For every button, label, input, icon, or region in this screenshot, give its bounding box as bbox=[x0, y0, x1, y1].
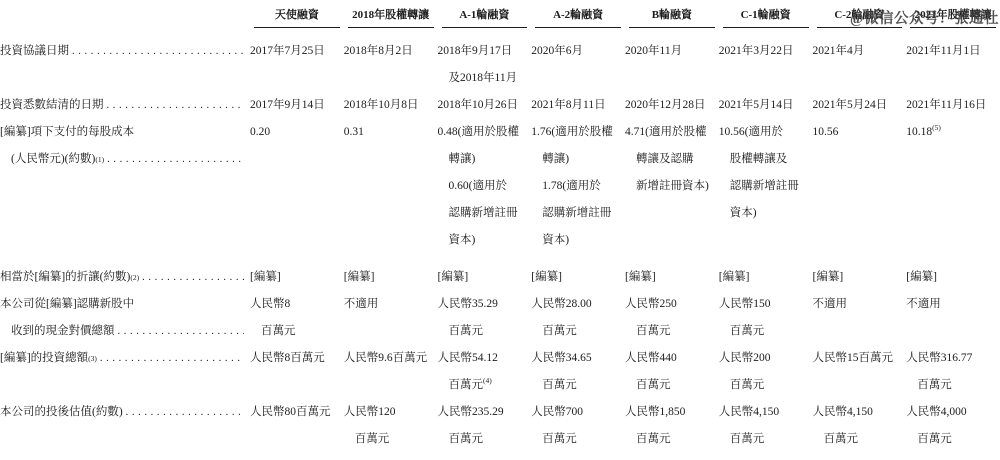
table-cell-a1-round: 人民幣235.29百萬元 bbox=[438, 399, 532, 453]
watermark: @微信公众号：张通社 bbox=[850, 7, 999, 28]
table-cell-2018-share-transfer: [編纂] bbox=[344, 264, 438, 291]
column-header-label: 天使融資 bbox=[254, 6, 340, 28]
cell-text: 認購新增註冊 bbox=[449, 207, 518, 219]
cell-line: 轉讓) bbox=[531, 146, 621, 173]
cell-text: 人民幣54.12 bbox=[438, 352, 498, 364]
cell-line: [編纂] bbox=[906, 264, 996, 291]
dot-leader bbox=[100, 345, 244, 372]
table-cell-2018-share-transfer: 2018年8月2日 bbox=[344, 38, 438, 92]
column-header-label: C-1輪融資 bbox=[723, 6, 809, 28]
table-cell-c2-round: [編纂] bbox=[813, 264, 907, 291]
cell-line: 人民幣4,150 bbox=[719, 399, 809, 426]
table-cell-2021-share-transfer: 2021年11月1日 bbox=[906, 38, 1000, 92]
table-cell-b-round: 人民幣1,850百萬元 bbox=[625, 399, 719, 453]
row-label: [編纂]項下支付的每股成本(人民幣元)(約數)(1) bbox=[0, 119, 250, 254]
cell-line: 10.56 bbox=[813, 119, 903, 146]
column-header-label: A-1輪融資 bbox=[442, 6, 528, 28]
cell-line: 2018年8月2日 bbox=[344, 38, 434, 65]
cell-line: 百萬元 bbox=[531, 318, 621, 345]
cell-line: 人民幣28.00 bbox=[531, 291, 621, 318]
cell-text: [編纂] bbox=[438, 271, 469, 283]
column-header-label: B輪融資 bbox=[629, 6, 715, 28]
row-label-line: 收到的現金對價總額 bbox=[0, 318, 244, 345]
cell-text: 百萬元 bbox=[449, 379, 484, 391]
cell-line: 轉讓及認購 bbox=[625, 146, 715, 173]
cell-text: 人民幣34.65 bbox=[531, 352, 591, 364]
cell-line: 百萬元 bbox=[813, 426, 903, 453]
column-header-angel-round: 天使融資 bbox=[250, 6, 344, 28]
cell-text: 2021年3月22日 bbox=[719, 45, 794, 57]
cell-text: 人民幣8百萬元 bbox=[250, 352, 325, 364]
table-cell-a2-round: 人民幣700百萬元 bbox=[531, 399, 625, 453]
cell-line: 2017年7月25日 bbox=[250, 38, 340, 65]
row-label-line: 本公司的投後估值(約數) bbox=[0, 399, 244, 426]
dot-leader bbox=[107, 92, 245, 119]
table-cell-a2-round: 人民幣28.00百萬元 bbox=[531, 291, 625, 345]
cell-text: 人民幣80百萬元 bbox=[250, 406, 331, 418]
row-label-line: 相當於[編纂]的折讓(約數)(2) bbox=[0, 264, 244, 291]
cell-line: 人民幣250 bbox=[625, 291, 715, 318]
table-cell-angel-round: 2017年9月14日 bbox=[250, 92, 344, 119]
row-label-line: 投資協議日期 bbox=[0, 38, 244, 65]
row-label: 本公司的投後估值(約數) bbox=[0, 399, 250, 453]
cell-line: 0.48(適用於股權 bbox=[438, 119, 528, 146]
cell-line: 4.71(適用於股權 bbox=[625, 119, 715, 146]
row-label-text: 投資協議日期 bbox=[0, 38, 69, 65]
cell-line: 人民幣1,850 bbox=[625, 399, 715, 426]
table-cell-2018-share-transfer: 不適用 bbox=[344, 291, 438, 345]
cell-line: 百萬元 bbox=[531, 426, 621, 453]
header-spacer bbox=[0, 6, 250, 28]
row-label: 本公司從[編纂]認購新股中收到的現金對價總額 bbox=[0, 291, 250, 345]
table-cell-2018-share-transfer: 2018年10月8日 bbox=[344, 92, 438, 119]
cell-text: 0.60(適用於 bbox=[449, 180, 507, 192]
cell-text: 百萬元 bbox=[730, 325, 765, 337]
cell-line: 資本) bbox=[438, 227, 528, 254]
table-cell-c2-round: 2021年5月24日 bbox=[813, 92, 907, 119]
cell-line: 認購新增註冊 bbox=[531, 200, 621, 227]
cell-text: 百萬元 bbox=[542, 433, 577, 445]
cell-text: 1.76(適用於股權 bbox=[531, 126, 612, 138]
cell-text: 轉讓及認購 bbox=[636, 153, 694, 165]
cell-text: 2020年12月28日 bbox=[625, 99, 706, 111]
cell-line: 人民幣15百萬元 bbox=[813, 345, 903, 372]
row-label: [編纂]的投資總額(3) bbox=[0, 345, 250, 399]
cell-line: 人民幣80百萬元 bbox=[250, 399, 340, 426]
row-label-line: [編纂]的投資總額(3) bbox=[0, 345, 244, 372]
cell-text: 2021年5月14日 bbox=[719, 99, 794, 111]
column-header-label: A-2輪融資 bbox=[535, 6, 621, 28]
table-cell-c2-round: 人民幣15百萬元 bbox=[813, 345, 907, 399]
table-cell-a1-round: 2018年9月17日及2018年11月 bbox=[438, 38, 532, 92]
cell-line: 人民幣54.12 bbox=[438, 345, 528, 372]
table-cell-c2-round: 不適用 bbox=[813, 291, 907, 345]
cell-text: 轉讓) bbox=[449, 153, 476, 165]
cell-line: 百萬元 bbox=[719, 372, 809, 399]
dot-leader bbox=[107, 146, 244, 173]
cell-line: [編纂] bbox=[531, 264, 621, 291]
cell-line: 不適用 bbox=[906, 291, 996, 318]
cell-text: 人民幣316.77 bbox=[906, 352, 972, 364]
column-header-b-round: B輪融資 bbox=[625, 6, 719, 28]
cell-line: 2021年4月 bbox=[813, 38, 903, 65]
table-cell-c2-round: 2021年4月 bbox=[813, 38, 907, 92]
table-cell-a2-round: [編纂] bbox=[531, 264, 625, 291]
dot-leader bbox=[126, 399, 244, 426]
cell-text: 不適用 bbox=[344, 298, 379, 310]
cell-line: 不適用 bbox=[813, 291, 903, 318]
column-header-label: 2018年股權轉讓 bbox=[348, 6, 434, 28]
cell-text: 百萬元 bbox=[542, 325, 577, 337]
table-cell-angel-round: 人民幣8百萬元 bbox=[250, 345, 344, 399]
dot-leader bbox=[142, 264, 244, 291]
cell-text: 人民幣8 bbox=[250, 298, 290, 310]
row-label-line: 投資悉數結清的日期 bbox=[0, 92, 244, 119]
cell-line: 認購新增註冊 bbox=[719, 173, 809, 200]
cell-text: 資本) bbox=[730, 207, 757, 219]
cell-text: 2021年11月1日 bbox=[906, 45, 980, 57]
table-cell-b-round: 人民幣250百萬元 bbox=[625, 291, 719, 345]
cell-text: 人民幣700 bbox=[531, 406, 583, 418]
cell-text: 百萬元 bbox=[636, 433, 671, 445]
cell-text: 2020年6月 bbox=[531, 45, 583, 57]
cell-line: 2020年11月 bbox=[625, 38, 715, 65]
table-body: 投資協議日期2017年7月25日2018年8月2日2018年9月17日及2018… bbox=[0, 28, 1000, 453]
cell-line: 人民幣35.29 bbox=[438, 291, 528, 318]
table-cell-2018-share-transfer: 0.31 bbox=[344, 119, 438, 254]
cell-line: 及2018年11月 bbox=[438, 65, 528, 92]
cell-text: 2021年4月 bbox=[813, 45, 865, 57]
cell-line: [編纂] bbox=[344, 264, 434, 291]
cell-text: 百萬元 bbox=[542, 379, 577, 391]
cell-line: 人民幣34.65 bbox=[531, 345, 621, 372]
cell-text: 不適用 bbox=[906, 298, 941, 310]
table-cell-c2-round: 10.56 bbox=[813, 119, 907, 254]
cell-line: 新增註冊資本) bbox=[625, 173, 715, 200]
cell-line: 人民幣200 bbox=[719, 345, 809, 372]
table-cell-b-round: [編纂] bbox=[625, 264, 719, 291]
row-label-text: [編纂]項下支付的每股成本 bbox=[0, 119, 134, 146]
cell-text: 2020年11月 bbox=[625, 45, 682, 57]
cell-line: 資本) bbox=[719, 200, 809, 227]
cell-line: 0.31 bbox=[344, 119, 434, 146]
cell-text: 2021年11月16日 bbox=[906, 99, 986, 111]
cell-text: 人民幣28.00 bbox=[531, 298, 591, 310]
cell-text: 2017年9月14日 bbox=[250, 99, 325, 111]
row-label-line: [編纂]項下支付的每股成本 bbox=[0, 119, 244, 146]
cell-text: 人民幣15百萬元 bbox=[813, 352, 894, 364]
cell-text: 資本) bbox=[542, 234, 569, 246]
cell-line: [編纂] bbox=[813, 264, 903, 291]
cell-line: 百萬元 bbox=[625, 318, 715, 345]
table-cell-angel-round: 0.20 bbox=[250, 119, 344, 254]
cell-text: 2018年10月8日 bbox=[344, 99, 419, 111]
table-cell-b-round: 2020年12月28日 bbox=[625, 92, 719, 119]
table-cell-c1-round: 2021年5月14日 bbox=[719, 92, 813, 119]
cell-text: 1.78(適用於 bbox=[542, 180, 600, 192]
cell-line: 人民幣235.29 bbox=[438, 399, 528, 426]
footnote-marker: (4) bbox=[483, 376, 492, 385]
table-cell-angel-round: 人民幣80百萬元 bbox=[250, 399, 344, 453]
cell-line: [編纂] bbox=[438, 264, 528, 291]
cell-text: 人民幣250 bbox=[625, 298, 677, 310]
table-cell-a1-round: 人民幣54.12百萬元(4) bbox=[438, 345, 532, 399]
cell-text: 百萬元 bbox=[261, 325, 296, 337]
table-row-discount-to-offer-price: 相當於[編纂]的折讓(約數)(2)[編纂][編纂][編纂][編纂][編纂][編纂… bbox=[0, 264, 1000, 291]
table-cell-a2-round: 2021年8月11日 bbox=[531, 92, 625, 119]
cell-text: 轉讓) bbox=[542, 153, 569, 165]
cell-line: 百萬元 bbox=[906, 372, 996, 399]
table-cell-c1-round: 人民幣4,150百萬元 bbox=[719, 399, 813, 453]
cell-line: 百萬元(4) bbox=[438, 372, 528, 399]
row-label-text: 投資悉數結清的日期 bbox=[0, 92, 104, 119]
cell-line: 0.60(適用於 bbox=[438, 173, 528, 200]
table-cell-c2-round: 人民幣4,150百萬元 bbox=[813, 399, 907, 453]
cell-line: 人民幣9.6百萬元 bbox=[344, 345, 434, 372]
cell-text: 百萬元 bbox=[636, 379, 671, 391]
cell-line: 百萬元 bbox=[719, 426, 809, 453]
cell-line: 人民幣120 bbox=[344, 399, 434, 426]
cell-line: [編纂] bbox=[719, 264, 809, 291]
cell-line: 人民幣4,000 bbox=[906, 399, 996, 426]
cell-line: 百萬元 bbox=[344, 426, 434, 453]
table-cell-2021-share-transfer: 人民幣316.77百萬元 bbox=[906, 345, 1000, 399]
cell-text: 0.31 bbox=[344, 126, 364, 138]
cell-line: 1.76(適用於股權 bbox=[531, 119, 621, 146]
row-label-text: 相當於[編纂]的折讓(約數) bbox=[0, 264, 130, 291]
cell-text: 4.71(適用於股權 bbox=[625, 126, 706, 138]
cell-text: 人民幣440 bbox=[625, 352, 677, 364]
cell-line: 2021年11月16日 bbox=[906, 92, 996, 119]
cell-text: 股權轉讓及 bbox=[730, 153, 788, 165]
cell-text: 百萬元 bbox=[449, 325, 484, 337]
table-cell-2021-share-transfer: [編纂] bbox=[906, 264, 1000, 291]
cell-text: 百萬元 bbox=[917, 379, 952, 391]
cell-text: 2017年7月25日 bbox=[250, 45, 325, 57]
cell-line: 2021年5月24日 bbox=[813, 92, 903, 119]
table-cell-a1-round: 人民幣35.29百萬元 bbox=[438, 291, 532, 345]
table-cell-angel-round: 人民幣8百萬元 bbox=[250, 291, 344, 345]
row-label-text: (人民幣元)(約數) bbox=[11, 146, 95, 173]
cell-text: [編纂] bbox=[344, 271, 375, 283]
cell-line: 2020年12月28日 bbox=[625, 92, 715, 119]
cell-text: 人民幣35.29 bbox=[438, 298, 498, 310]
cell-text: [編纂] bbox=[531, 271, 562, 283]
cell-text: [編纂] bbox=[906, 271, 937, 283]
cell-text: 認購新增註冊 bbox=[542, 207, 611, 219]
table-row-investment-agreement-date: 投資協議日期2017年7月25日2018年8月2日2018年9月17日及2018… bbox=[0, 38, 1000, 92]
table-cell-2021-share-transfer: 不適用 bbox=[906, 291, 1000, 345]
cell-text: [編纂] bbox=[625, 271, 656, 283]
cell-text: 百萬元 bbox=[355, 433, 390, 445]
cell-line: 認購新增註冊 bbox=[438, 200, 528, 227]
cell-text: [編纂] bbox=[250, 271, 281, 283]
table-row-cash-consideration-received: 本公司從[編纂]認購新股中收到的現金對價總額人民幣8百萬元不適用人民幣35.29… bbox=[0, 291, 1000, 345]
cell-line: 股權轉讓及 bbox=[719, 146, 809, 173]
column-header-a1-round: A-1輪融資 bbox=[438, 6, 532, 28]
table-cell-b-round: 4.71(適用於股權轉讓及認購新增註冊資本) bbox=[625, 119, 719, 254]
cell-line: 2021年11月1日 bbox=[906, 38, 996, 65]
cell-line: 百萬元 bbox=[250, 318, 340, 345]
cell-line: 10.56(適用於 bbox=[719, 119, 809, 146]
table-cell-a2-round: 2020年6月 bbox=[531, 38, 625, 92]
cell-line: 資本) bbox=[531, 227, 621, 254]
cell-text: 人民幣200 bbox=[719, 352, 771, 364]
cell-text: 百萬元 bbox=[730, 433, 765, 445]
cell-text: 0.20 bbox=[250, 126, 270, 138]
cell-text: 10.18 bbox=[906, 126, 932, 138]
row-label: 投資協議日期 bbox=[0, 38, 250, 92]
cell-text: 人民幣4,150 bbox=[813, 406, 873, 418]
cell-text: 不適用 bbox=[813, 298, 848, 310]
cell-line: 2018年10月8日 bbox=[344, 92, 434, 119]
table-cell-c1-round: 2021年3月22日 bbox=[719, 38, 813, 92]
table-cell-a1-round: 2018年10月26日 bbox=[438, 92, 532, 119]
table-row-total-investment-amount: [編纂]的投資總額(3)人民幣8百萬元人民幣9.6百萬元人民幣54.12百萬元(… bbox=[0, 345, 1000, 399]
table-cell-b-round: 人民幣440百萬元 bbox=[625, 345, 719, 399]
dot-leader bbox=[118, 318, 245, 345]
cell-line: 人民幣440 bbox=[625, 345, 715, 372]
prospectus-page: @微信公众号：张通社 天使融資2018年股權轉讓A-1輪融資A-2輪融資B輪融資… bbox=[0, 0, 1000, 460]
row-label-line: (人民幣元)(約數)(1) bbox=[0, 146, 244, 173]
cell-line: [編纂] bbox=[250, 264, 340, 291]
cell-text: 資本) bbox=[449, 234, 476, 246]
cell-text: 新增註冊資本) bbox=[636, 180, 709, 192]
financing-rounds-table: 天使融資2018年股權轉讓A-1輪融資A-2輪融資B輪融資C-1輪融資C-2輪融… bbox=[0, 0, 1000, 453]
row-label-text: [編纂]的投資總額 bbox=[0, 345, 88, 372]
column-header-a2-round: A-2輪融資 bbox=[531, 6, 625, 28]
row-label-text: 本公司的投後估值(約數) bbox=[0, 399, 123, 426]
cell-text: 10.56(適用於 bbox=[719, 126, 783, 138]
cell-line: 人民幣700 bbox=[531, 399, 621, 426]
cell-text: 人民幣9.6百萬元 bbox=[344, 352, 427, 364]
cell-line: 人民幣316.77 bbox=[906, 345, 996, 372]
cell-line: 2020年6月 bbox=[531, 38, 621, 65]
cell-line: 百萬元 bbox=[906, 426, 996, 453]
cell-line: 百萬元 bbox=[625, 372, 715, 399]
cell-line: 人民幣4,150 bbox=[813, 399, 903, 426]
row-label-line: 本公司從[編纂]認購新股中 bbox=[0, 291, 244, 318]
table-cell-angel-round: [編纂] bbox=[250, 264, 344, 291]
table-row-post-investment-valuation: 本公司的投後估值(約數)人民幣80百萬元人民幣120百萬元人民幣235.29百萬… bbox=[0, 399, 1000, 453]
cell-line: 百萬元 bbox=[438, 318, 528, 345]
cell-line: 10.18(5) bbox=[906, 119, 996, 146]
table-cell-c1-round: [編纂] bbox=[719, 264, 813, 291]
cell-line: 百萬元 bbox=[719, 318, 809, 345]
cell-text: 百萬元 bbox=[917, 433, 952, 445]
cell-text: [編纂] bbox=[813, 271, 844, 283]
cell-text: 10.56 bbox=[813, 126, 839, 138]
table-row-cost-per-share: [編纂]項下支付的每股成本(人民幣元)(約數)(1)0.200.310.48(適… bbox=[0, 119, 1000, 254]
cell-text: 人民幣120 bbox=[344, 406, 396, 418]
dot-leader bbox=[72, 38, 244, 65]
column-header-c1-round: C-1輪融資 bbox=[719, 6, 813, 28]
cell-text: 人民幣150 bbox=[719, 298, 771, 310]
cell-line: 2018年10月26日 bbox=[438, 92, 528, 119]
table-cell-c1-round: 人民幣200百萬元 bbox=[719, 345, 813, 399]
cell-line: 轉讓) bbox=[438, 146, 528, 173]
cell-line: 不適用 bbox=[344, 291, 434, 318]
table-cell-angel-round: 2017年7月25日 bbox=[250, 38, 344, 92]
table-cell-a2-round: 人民幣34.65百萬元 bbox=[531, 345, 625, 399]
column-header-2018-share-transfer: 2018年股權轉讓 bbox=[344, 6, 438, 28]
table-cell-a1-round: [編纂] bbox=[438, 264, 532, 291]
cell-text: 2018年9月17日 bbox=[438, 45, 513, 57]
table-cell-2021-share-transfer: 人民幣4,000百萬元 bbox=[906, 399, 1000, 453]
cell-text: 2018年8月2日 bbox=[344, 45, 413, 57]
cell-line: 2017年9月14日 bbox=[250, 92, 340, 119]
table-cell-b-round: 2020年11月 bbox=[625, 38, 719, 92]
cell-line: 2018年9月17日 bbox=[438, 38, 528, 65]
cell-text: 百萬元 bbox=[449, 433, 484, 445]
cell-line: 百萬元 bbox=[531, 372, 621, 399]
cell-line: 2021年5月14日 bbox=[719, 92, 809, 119]
table-cell-c1-round: 10.56(適用於股權轉讓及認購新增註冊資本) bbox=[719, 119, 813, 254]
cell-text: 認購新增註冊 bbox=[730, 180, 799, 192]
cell-line: 人民幣150 bbox=[719, 291, 809, 318]
cell-text: 0.48(適用於股權 bbox=[438, 126, 519, 138]
cell-line: 1.78(適用於 bbox=[531, 173, 621, 200]
row-label: 相當於[編纂]的折讓(約數)(2) bbox=[0, 264, 250, 291]
cell-text: 2021年5月24日 bbox=[813, 99, 888, 111]
cell-line: 百萬元 bbox=[625, 426, 715, 453]
cell-line: 百萬元 bbox=[438, 426, 528, 453]
table-cell-a1-round: 0.48(適用於股權轉讓)0.60(適用於認購新增註冊資本) bbox=[438, 119, 532, 254]
cell-text: 人民幣4,150 bbox=[719, 406, 779, 418]
cell-line: 人民幣8百萬元 bbox=[250, 345, 340, 372]
cell-text: 人民幣1,850 bbox=[625, 406, 685, 418]
cell-text: 百萬元 bbox=[824, 433, 859, 445]
cell-text: 人民幣4,000 bbox=[906, 406, 966, 418]
cell-line: [編纂] bbox=[625, 264, 715, 291]
cell-line: 2021年3月22日 bbox=[719, 38, 809, 65]
row-label: 投資悉數結清的日期 bbox=[0, 92, 250, 119]
row-label-text: 本公司從[編纂]認購新股中 bbox=[0, 291, 134, 318]
cell-text: 百萬元 bbox=[730, 379, 765, 391]
table-cell-a2-round: 1.76(適用於股權轉讓)1.78(適用於認購新增註冊資本) bbox=[531, 119, 625, 254]
cell-text: 2018年10月26日 bbox=[438, 99, 519, 111]
cell-text: [編纂] bbox=[719, 271, 750, 283]
footnote-marker: (5) bbox=[932, 123, 941, 132]
cell-line: 0.20 bbox=[250, 119, 340, 146]
table-cell-2021-share-transfer: 2021年11月16日 bbox=[906, 92, 1000, 119]
cell-line: 人民幣8 bbox=[250, 291, 340, 318]
cell-text: 百萬元 bbox=[636, 325, 671, 337]
cell-text: 及2018年11月 bbox=[449, 72, 518, 84]
table-row-investment-settlement-date: 投資悉數結清的日期2017年9月14日2018年10月8日2018年10月26日… bbox=[0, 92, 1000, 119]
table-cell-2018-share-transfer: 人民幣120百萬元 bbox=[344, 399, 438, 453]
cell-text: 人民幣235.29 bbox=[438, 406, 504, 418]
table-cell-c1-round: 人民幣150百萬元 bbox=[719, 291, 813, 345]
row-label-text: 收到的現金對價總額 bbox=[11, 318, 115, 345]
table-cell-2021-share-transfer: 10.18(5) bbox=[906, 119, 1000, 254]
cell-line: 2021年8月11日 bbox=[531, 92, 621, 119]
cell-text: 2021年8月11日 bbox=[531, 99, 605, 111]
table-cell-2018-share-transfer: 人民幣9.6百萬元 bbox=[344, 345, 438, 399]
